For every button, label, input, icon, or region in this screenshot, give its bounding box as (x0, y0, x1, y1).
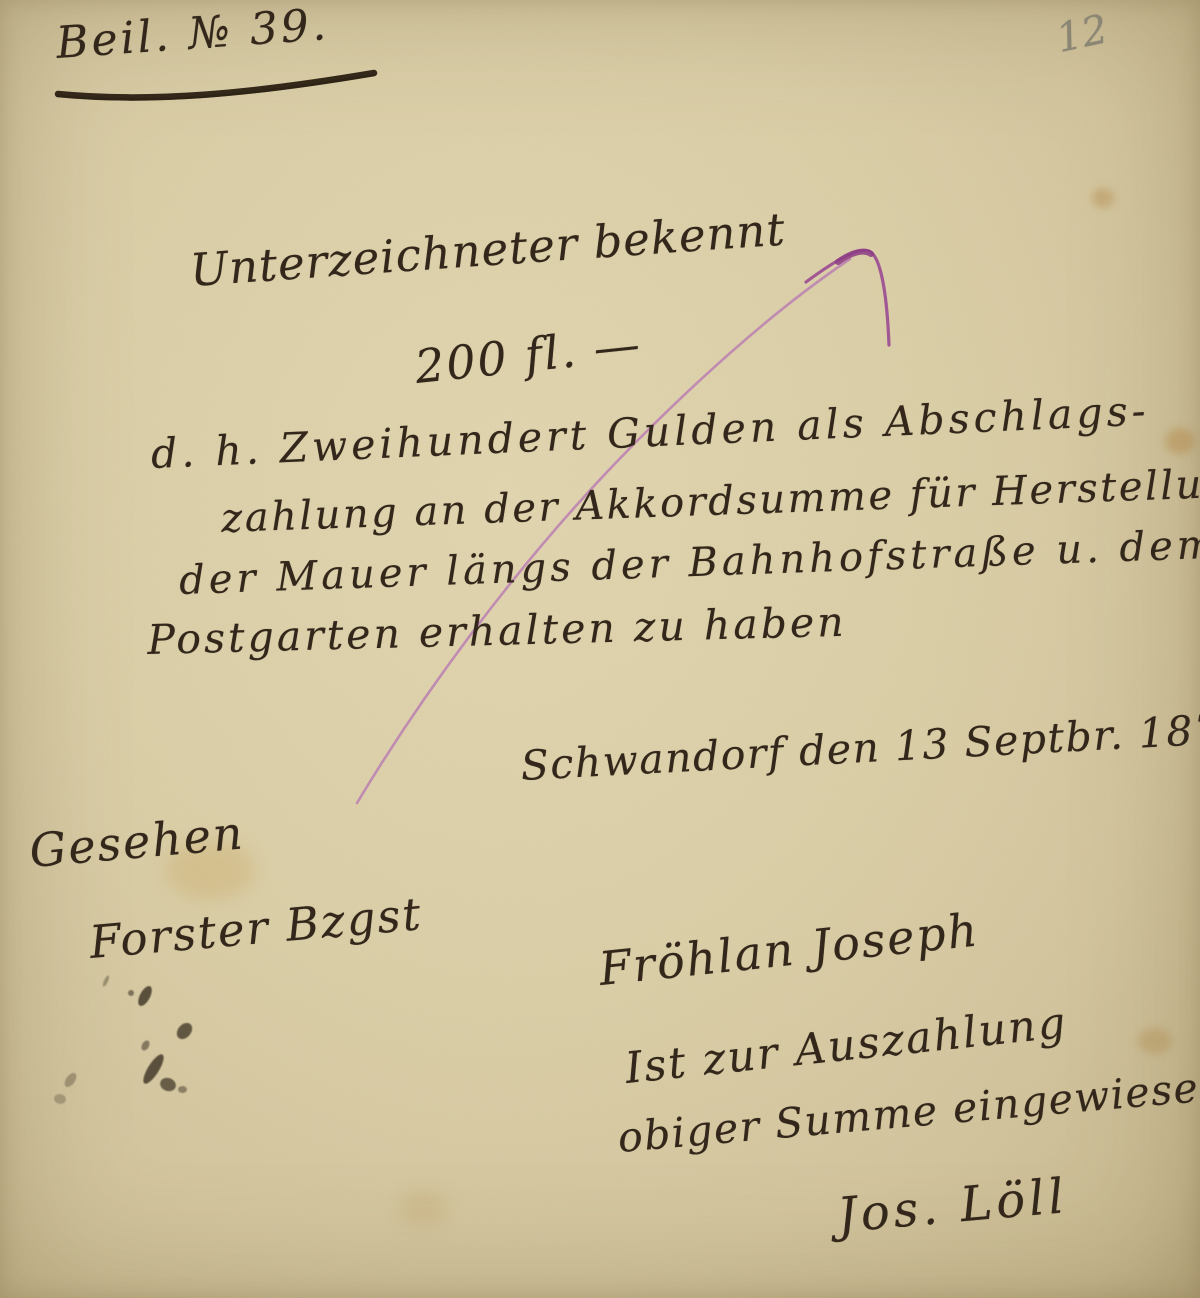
docket-underline (58, 73, 374, 97)
docket-label: Beil. № 39. (54, 0, 330, 69)
countersignature: Forster Bzgst (87, 887, 424, 969)
scanned-document-page: Beil. № 39. 12 Unterzeichneter bekennt 2… (0, 0, 1200, 1298)
body-line-6: Postgarten erhalten zu haben (147, 598, 847, 664)
foxing-spot (1092, 188, 1114, 208)
treasurer-signature: Jos. Löll (835, 1168, 1070, 1244)
amount-line: 200 fl. — (412, 317, 644, 394)
place-date-line: Schwandorf den 13 Septbr. 1873 (519, 704, 1200, 790)
body-line-3: d. h. Zweihundert Gulden als Abschlags- (150, 386, 1151, 478)
approval-check-hook (806, 250, 889, 345)
foxing-spot (1165, 428, 1195, 454)
foxing-spot (1138, 1028, 1172, 1054)
paper-stain (398, 1190, 448, 1226)
recipient-signature: Fröhlan Joseph (596, 902, 981, 996)
body-line-opening: Unterzeichneter bekennt (188, 203, 787, 297)
page-number: 12 (1052, 6, 1111, 62)
